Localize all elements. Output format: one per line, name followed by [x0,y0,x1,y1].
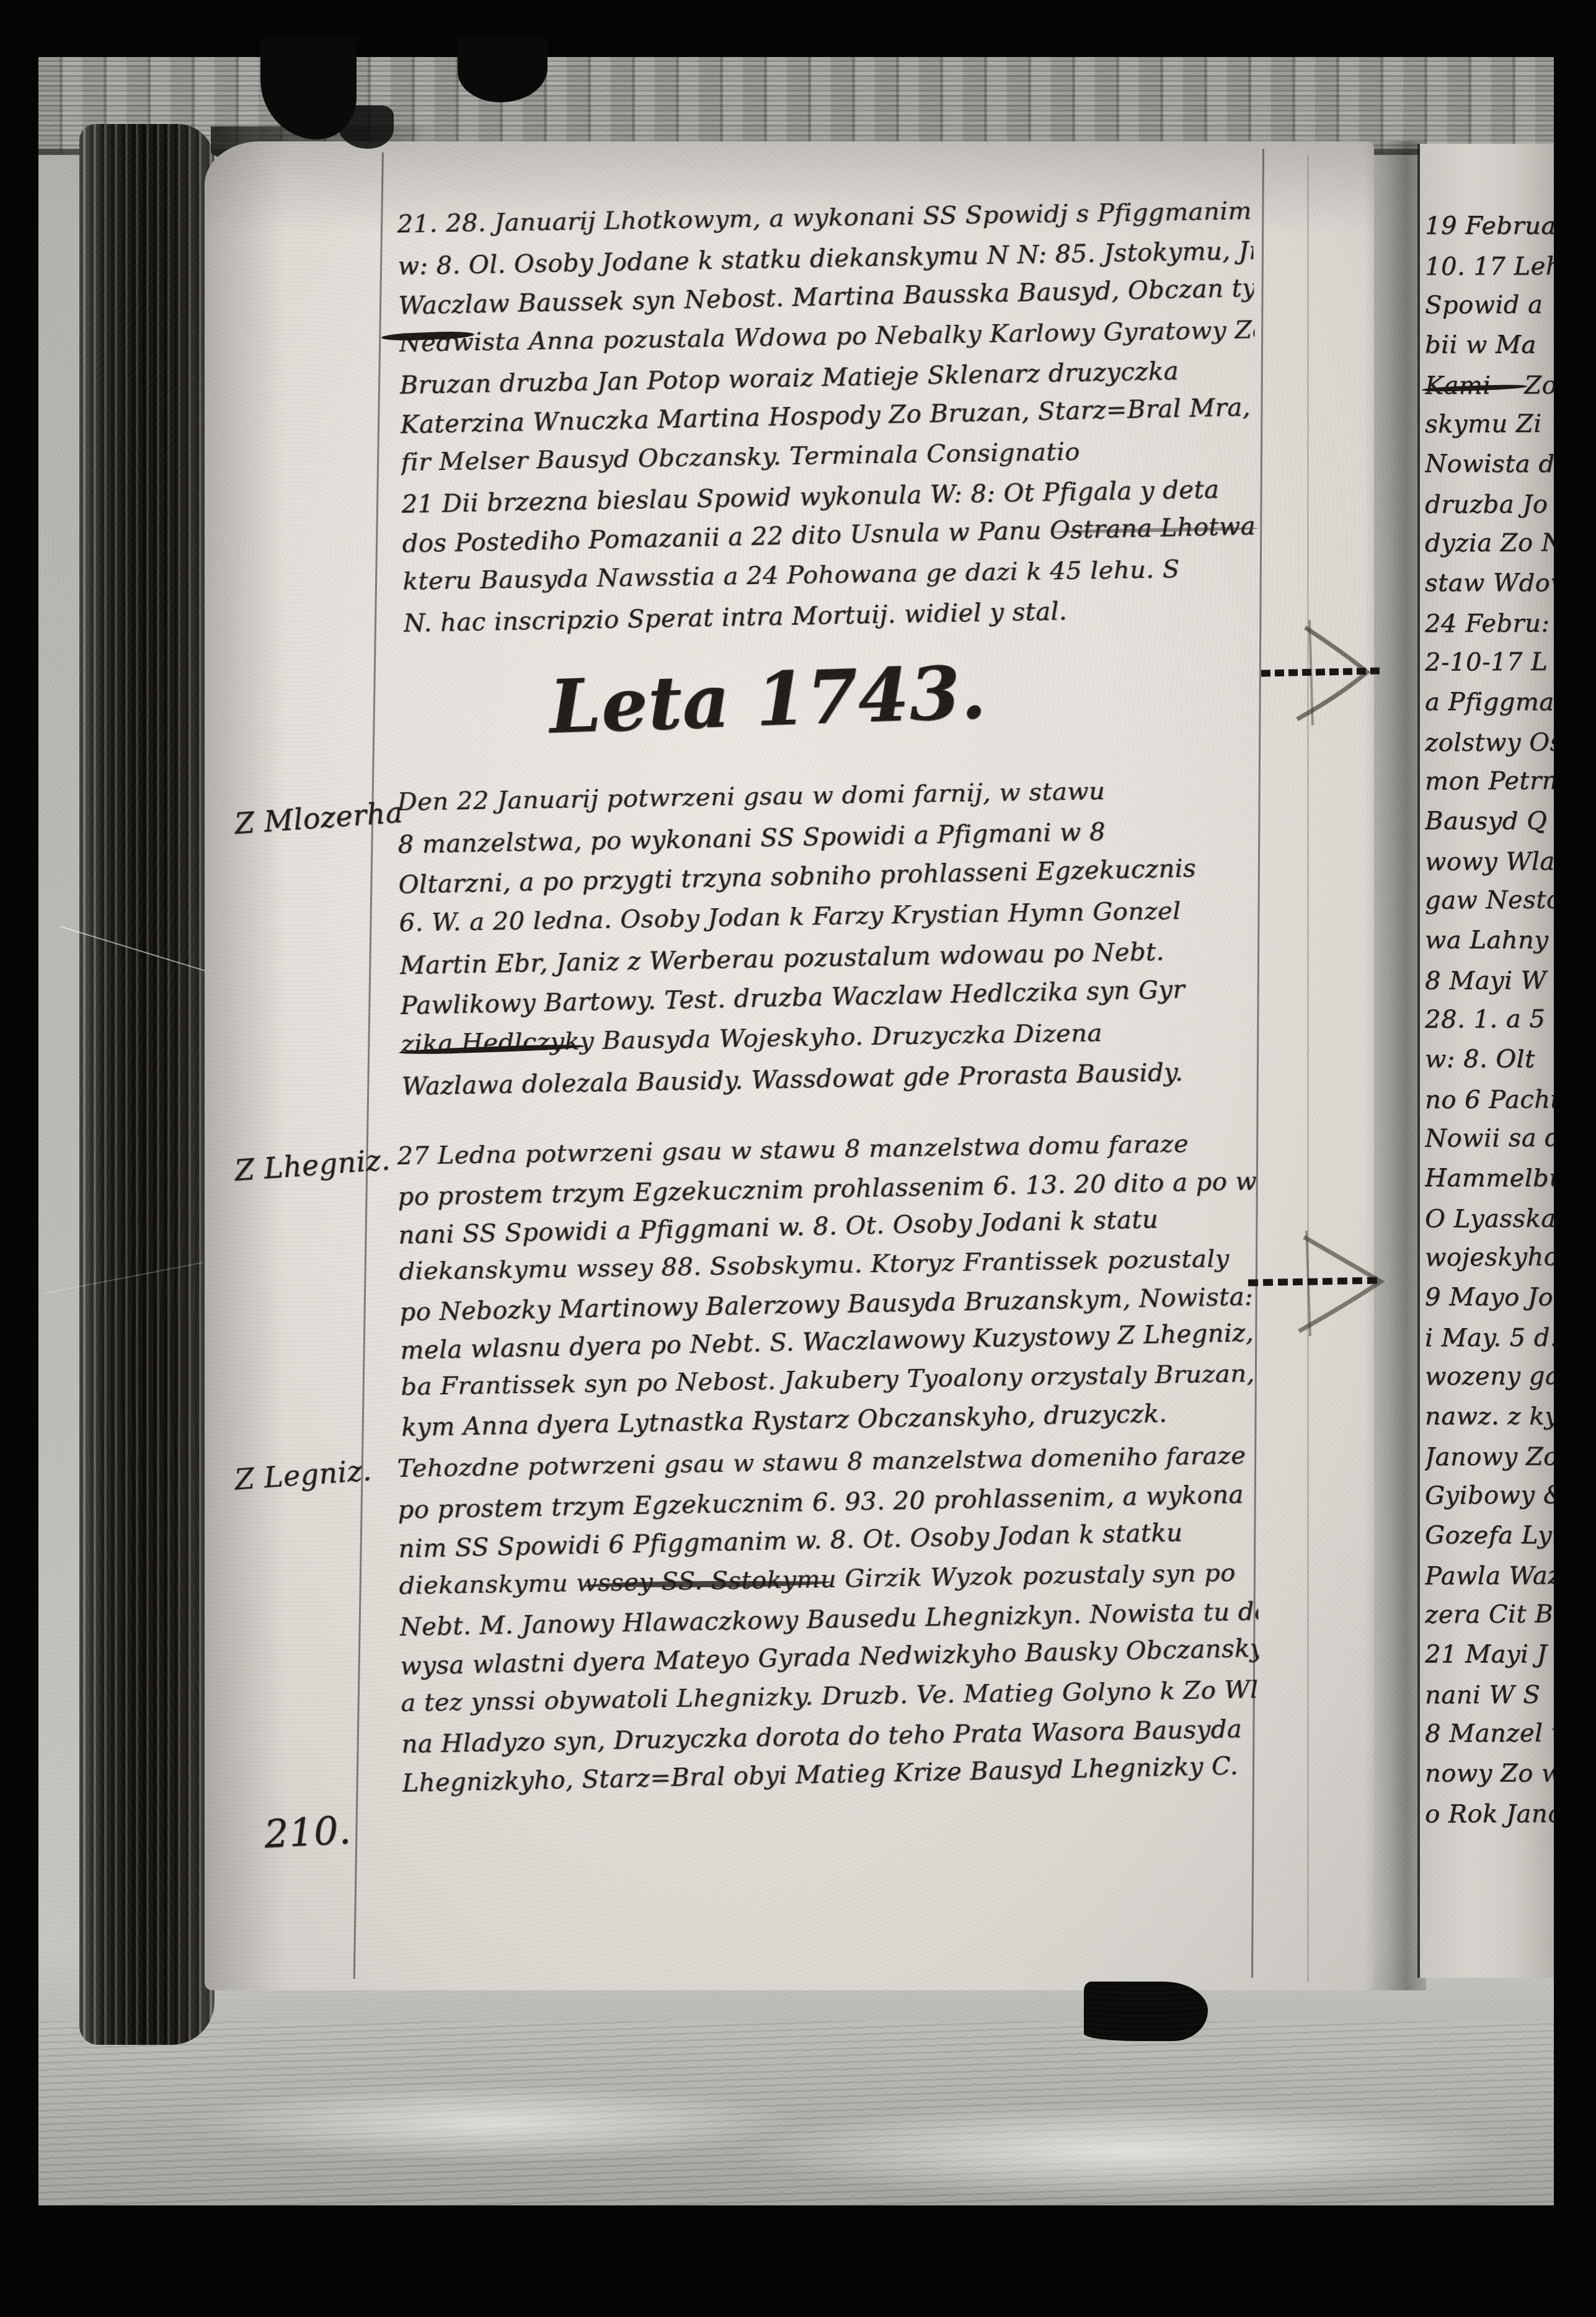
manuscript-line: Bausyd Q L [1425,801,1554,841]
manuscript-line: Spowid a [1425,285,1554,325]
manuscript-line: 8 Mayi W [1425,961,1554,1001]
manuscript-line: 21 Mayi J [1425,1634,1554,1674]
manuscript-line: 10. 17 Leho [1425,247,1554,287]
manuscript-line: 24 Febru: [1425,604,1554,644]
year-heading: Leta 1743. [548,649,988,750]
manuscript-line: w: 8. Olt [1425,1039,1554,1079]
manuscript-line: 9 Mayo Jo [1425,1277,1554,1317]
stitch-arrow-icon [1237,1231,1404,1336]
manuscript-line: gaw Nestor [1425,880,1554,920]
gutter-shadow [1364,141,1426,1990]
manuscript-line: mon Petrn f [1425,761,1554,801]
manuscript-line: skymu Zi [1425,404,1554,444]
manuscript-line: 2-10-17 L [1425,642,1554,682]
stitch-arrow-icon [1252,620,1408,725]
manuscript-line: nowy Zo wss [1425,1753,1554,1793]
manuscript-line: druzba Jo [1425,485,1554,525]
manuscript-line: Gyibowy & ss [1425,1475,1554,1515]
manuscript-line: wa Lahny S [1425,920,1554,960]
book-spine [79,124,215,2045]
manuscript-line: i May. 5 d. [1425,1318,1554,1358]
manuscript-line: nani W S [1425,1675,1554,1716]
manuscript-line: Pawla Waz [1425,1556,1554,1597]
manuscript-line: Hammelburgs [1425,1158,1554,1198]
entry-block: Tehozdne potwrzeni gsau w stawu 8 manzel… [397,1436,1261,1801]
entry-block: 27 Ledna potwrzeni gsau w stawu 8 manzel… [397,1123,1261,1445]
manuscript-line: zera Cit Ba [1425,1594,1554,1634]
manuscript-line: wowy Wlas [1425,842,1554,882]
film-border-top [0,0,1596,57]
manuscript-line: bii w Ma [1425,325,1554,365]
manuscript-line: no 6 Pachterz [1425,1080,1554,1120]
manuscript-line: Nowii sa d [1425,1118,1554,1158]
right-page-text-fragments: 19 Februa10. 17 LehoSpowid abii w MaKami… [1425,206,1554,1833]
register-photograph: 21. 28. Januarij Lhotkowym, a wykonani S… [0,0,1596,2317]
entry-block: Den 22 Januarij potwrzeni gsau w domi fa… [397,769,1259,1105]
manuscript-line: dyzia Zo No [1425,523,1554,563]
manuscript-line: 19 Februa [1425,206,1554,246]
manuscript-line: nawz. z kymi [1425,1396,1554,1436]
manuscript-line: staw Wdow [1425,563,1554,603]
right-page-margin-rule [1417,144,1420,1978]
film-border-bottom [0,2205,1596,2317]
manuscript-line: 8 Manzel w [1425,1713,1554,1753]
page-crease [1307,155,1309,1982]
manuscript-line: Nowista d [1425,444,1554,484]
manuscript-line: a Pfiggmani [1425,682,1554,722]
manuscript-line: Janowy Zo ws [1425,1437,1554,1477]
manuscript-line: o Rok Janow [1425,1794,1554,1833]
manuscript-line: Gozefa Lytna [1425,1515,1554,1555]
manuscript-line: zolstwy Oso [1425,723,1554,763]
manuscript-line: 28. 1. a 5 [1425,999,1554,1039]
clamp-shadow [1084,1982,1208,2041]
page-number: 210. [263,1807,352,1856]
intro-paragraph: 21. 28. Januarij Lhotkowym, a wykonani S… [397,191,1259,641]
film-border-right [1554,0,1596,2317]
manuscript-line: wozeny gau [1425,1356,1554,1396]
table-surface-streaks [38,2021,1555,2206]
manuscript-line: O Lyasskan. [1425,1199,1554,1239]
film-border-left [0,0,38,2317]
manuscript-line: wojeskyho. [1425,1237,1554,1277]
